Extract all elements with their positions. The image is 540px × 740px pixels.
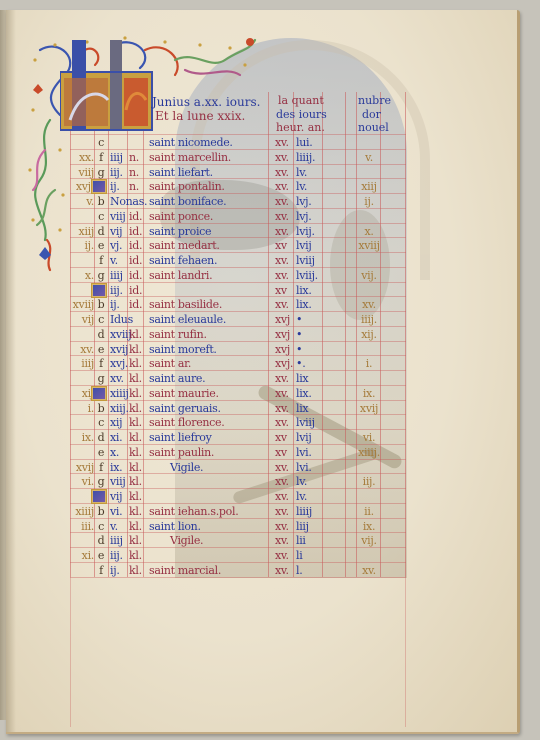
day-hours: xv. <box>275 489 295 504</box>
day-hours: xv. <box>275 533 295 548</box>
day-minutes: lviij <box>296 415 324 430</box>
roman-division: kl. <box>129 327 143 342</box>
roman-division: kl. <box>129 415 143 430</box>
month-heading: Junius a.xx. iours. <box>152 96 260 109</box>
lunar-heading: Et la lune xxix. <box>155 110 245 123</box>
dominical-letter: b <box>95 401 107 416</box>
day-minutes: lviij <box>296 253 324 268</box>
day-hours: xv. <box>275 563 295 578</box>
new-moon-number: i. <box>357 356 381 371</box>
calendar-row: v.bNonas.saint boniface.xv.lvj.ij. <box>0 194 540 209</box>
new-moon-number: iij. <box>357 474 381 489</box>
roman-division: kl. <box>129 430 143 445</box>
day-hours: xvj <box>275 342 295 357</box>
roman-division: kl. <box>129 563 143 578</box>
golden-number: xiiij <box>72 504 94 519</box>
saint-feast: saint marcial. <box>149 563 269 578</box>
saint-feast: saint paulin. <box>149 445 269 460</box>
dominical-letter: c <box>95 519 107 534</box>
calendar-row: vijkl.xv.lv. <box>0 489 540 504</box>
day-minutes: lvi. <box>296 460 324 475</box>
roman-division: kl. <box>129 474 143 489</box>
new-moon-number: xv. <box>357 563 381 578</box>
golden-number: xi. <box>72 548 94 563</box>
dominical-letter: d <box>95 327 107 342</box>
dominical-letter: g <box>95 268 107 283</box>
col-heading-day-length-2: des iours <box>276 108 327 121</box>
saint-feast: saint boniface. <box>149 194 269 209</box>
new-moon-number: iiij. <box>357 312 381 327</box>
saint-feast: Vigile. <box>170 533 290 548</box>
golden-number: x. <box>72 268 94 283</box>
calendar-row: xviijbij.id.saint basilide.xv.lix.xv. <box>0 297 540 312</box>
dominical-initial-icon <box>91 386 107 401</box>
col-heading-day-length-3: heur. an. <box>276 121 325 134</box>
calendar-row: iii.cv.kl.saint lion.xv.liijix. <box>0 519 540 534</box>
roman-division: n. <box>129 179 143 194</box>
illuminated-initial-letter <box>60 40 154 132</box>
calendar-row: cviijid.saint ponce.xv.lvj. <box>0 209 540 224</box>
golden-number: v. <box>72 194 94 209</box>
calendar-row: xvijfix.kl.Vigile.xv.lvi. <box>0 460 540 475</box>
col-heading-golden-number-1: nubre <box>358 94 391 107</box>
day-hours: xv. <box>275 386 295 401</box>
saint-feast: saint ar. <box>149 356 269 371</box>
dominical-letter: c <box>95 312 107 327</box>
day-minutes: lv. <box>296 165 324 180</box>
day-minutes: lvij <box>296 238 324 253</box>
saint-feast: saint lion. <box>149 519 269 534</box>
day-minutes: lviij. <box>296 268 324 283</box>
day-minutes: l. <box>296 563 324 578</box>
dominical-letter: g <box>95 371 107 386</box>
saint-feast: saint pontalin. <box>149 179 269 194</box>
roman-division: kl. <box>129 445 143 460</box>
day-hours: xv <box>275 445 295 460</box>
dominical-letter: d <box>95 430 107 445</box>
day-minutes: lv. <box>296 489 324 504</box>
saint-feast: Vigile. <box>170 460 290 475</box>
day-hours: xv. <box>275 209 295 224</box>
day-minutes: • <box>296 327 324 342</box>
golden-number: xx. <box>72 150 94 165</box>
roman-division: id. <box>129 224 143 239</box>
day-minutes: lvij. <box>296 224 324 239</box>
calendar-row: ij.evj.id.saint medart.xvlvijxviij <box>0 238 540 253</box>
day-minutes: lui. <box>296 135 324 150</box>
day-hours: xv. <box>275 519 295 534</box>
calendar-row: xv.exvijkl.saint moreft.xvj• <box>0 342 540 357</box>
day-hours: xv. <box>275 135 295 150</box>
saint-feast: saint nicomede. <box>149 135 269 150</box>
calendar-row: diiijkl.Vigile.xv.liivij. <box>0 533 540 548</box>
saint-feast: saint florence. <box>149 415 269 430</box>
roman-division: kl. <box>129 504 143 519</box>
golden-number: vi. <box>72 474 94 489</box>
saint-feast: saint maurie. <box>149 386 269 401</box>
calendar-row: viijgiij.n.saint liefart.xv.lv. <box>0 165 540 180</box>
new-moon-number: vi. <box>357 430 381 445</box>
roman-division: kl. <box>129 371 143 386</box>
day-hours: xvj <box>275 327 295 342</box>
day-minutes: lix. <box>296 386 324 401</box>
new-moon-number: ix. <box>357 519 381 534</box>
new-moon-number: xiiij. <box>357 445 381 460</box>
calendar-row: xiiijbvi.kl.saint iehan.s.pol.xv.liiijii… <box>0 504 540 519</box>
roman-day-count: Nonas. <box>110 194 140 209</box>
dominical-letter: e <box>95 548 107 563</box>
day-hours: xv. <box>275 548 295 563</box>
roman-division: kl. <box>129 548 143 563</box>
saint-feast: saint rufin. <box>149 327 269 342</box>
dominical-letter: f <box>95 150 107 165</box>
day-minutes: •. <box>296 356 324 371</box>
day-hours: xvj <box>275 312 295 327</box>
saint-feast: saint moreft. <box>149 342 269 357</box>
new-moon-number: ii. <box>357 504 381 519</box>
calendar-row: xijxiiijkl.saint maurie.xv.lix.ix. <box>0 386 540 401</box>
saint-feast: saint fehaen. <box>149 253 269 268</box>
new-moon-number: vij. <box>357 268 381 283</box>
calendar-row: fij.kl.saint marcial.xv.l.xv. <box>0 563 540 578</box>
dominical-letter: f <box>95 356 107 371</box>
ruling-line-margin <box>70 577 71 727</box>
calendar-row: vi.gviijkl.xv.lv.iij. <box>0 474 540 489</box>
golden-number: vij <box>72 312 94 327</box>
saint-feast: saint eleuaule. <box>149 312 269 327</box>
calendar-row: xiijdvijid.saint proicexv.lvij.x. <box>0 224 540 239</box>
golden-number: xvij <box>72 460 94 475</box>
roman-division: id. <box>129 297 143 312</box>
dominical-letter: f <box>95 253 107 268</box>
new-moon-number: xij. <box>357 327 381 342</box>
golden-number: xiij <box>72 224 94 239</box>
new-moon-number: ix. <box>357 386 381 401</box>
day-hours: xv. <box>275 371 295 386</box>
new-moon-number: x. <box>357 224 381 239</box>
day-minutes: liij <box>296 519 324 534</box>
dominical-letter: d <box>95 533 107 548</box>
day-hours: xv <box>275 430 295 445</box>
roman-division: id. <box>129 268 143 283</box>
day-hours: xv. <box>275 474 295 489</box>
col-heading-golden-number-2: dor <box>362 108 381 121</box>
day-minutes: lii <box>296 533 324 548</box>
col-heading-day-length-1: la quant <box>278 94 324 107</box>
day-minutes: li <box>296 548 324 563</box>
dominical-letter: c <box>95 415 107 430</box>
golden-number: xv. <box>72 342 94 357</box>
roman-division: id. <box>129 253 143 268</box>
roman-division: n. <box>129 150 143 165</box>
day-minutes: lix <box>296 371 324 386</box>
dominical-letter: g <box>95 474 107 489</box>
dominical-letter: e <box>95 342 107 357</box>
dominical-letter: b <box>95 504 107 519</box>
golden-number: iii. <box>72 519 94 534</box>
day-hours: xv. <box>275 460 295 475</box>
roman-division: kl. <box>129 489 143 504</box>
day-hours: xv <box>275 283 295 298</box>
new-moon-number: xiij <box>357 179 381 194</box>
day-minutes: lvj. <box>296 209 324 224</box>
day-minutes: liiij <box>296 504 324 519</box>
new-moon-number: xvij <box>357 401 381 416</box>
roman-division: kl. <box>129 356 143 371</box>
roman-division: kl. <box>129 342 143 357</box>
roman-division: id. <box>129 209 143 224</box>
day-minutes: lvi. <box>296 445 324 460</box>
roman-day-count: Idus <box>110 312 140 327</box>
calendar-row: dxviijkl.saint rufin.xvj•xij. <box>0 327 540 342</box>
day-hours: xv. <box>275 504 295 519</box>
day-hours: xv. <box>275 253 295 268</box>
saint-feast: saint liefart. <box>149 165 269 180</box>
saint-feast: saint geruais. <box>149 401 269 416</box>
new-moon-number: xviij <box>357 238 381 253</box>
day-hours: xvj. <box>275 356 295 371</box>
day-minutes: lvij <box>296 430 324 445</box>
day-minutes: liiij. <box>296 150 324 165</box>
day-minutes: lv. <box>296 179 324 194</box>
golden-number: viij <box>72 165 94 180</box>
dominical-letter: c <box>95 135 107 150</box>
calendar-row: xi.eiij.kl.xv.li <box>0 548 540 563</box>
calendar-row: i.bxiij.kl.saint geruais.xv.lixxvij <box>0 401 540 416</box>
calendar-row: ex.kl.saint paulin.xvlvi.xiiij. <box>0 445 540 460</box>
golden-number: ix. <box>72 430 94 445</box>
day-minutes: lix. <box>296 297 324 312</box>
saint-feast: saint landri. <box>149 268 269 283</box>
new-moon-number: vij. <box>357 533 381 548</box>
calendar-row: iij.id.xvlix. <box>0 283 540 298</box>
day-hours: xv. <box>275 150 295 165</box>
day-hours: xv <box>275 238 295 253</box>
new-moon-number: v. <box>357 150 381 165</box>
calendar-row: gxv.kl.saint aure.xv.lix <box>0 371 540 386</box>
day-hours: xv. <box>275 194 295 209</box>
dominical-letter: e <box>95 238 107 253</box>
ruling-line-margin <box>405 577 406 727</box>
roman-division: n. <box>129 165 143 180</box>
new-moon-number: xv. <box>357 297 381 312</box>
roman-division: kl. <box>129 460 143 475</box>
calendar-row: xvj.ij.n.saint pontalin.xv.lv.xiij <box>0 179 540 194</box>
day-hours: xv. <box>275 179 295 194</box>
day-minutes: • <box>296 312 324 327</box>
day-hours: xv. <box>275 268 295 283</box>
golden-number: xviij <box>72 297 94 312</box>
dominical-letter: b <box>95 297 107 312</box>
saint-feast: saint marcellin. <box>149 150 269 165</box>
dominical-initial-icon <box>91 489 107 504</box>
golden-number: ij. <box>72 238 94 253</box>
golden-number: iiij <box>72 356 94 371</box>
roman-division: kl. <box>129 401 143 416</box>
dominical-letter: g <box>95 165 107 180</box>
calendar-row: cxijkl.saint florence.xv.lviij <box>0 415 540 430</box>
day-minutes: lix <box>296 401 324 416</box>
saint-feast: saint proice <box>149 224 269 239</box>
roman-division: id. <box>129 238 143 253</box>
day-hours: xv. <box>275 415 295 430</box>
day-minutes: • <box>296 342 324 357</box>
new-moon-number: ij. <box>357 194 381 209</box>
dominical-letter: d <box>95 224 107 239</box>
calendar-row: xx.fiiijn.saint marcellin.xv.liiij.v. <box>0 150 540 165</box>
day-hours: xv. <box>275 224 295 239</box>
dominical-initial-icon <box>91 179 107 194</box>
roman-division: kl. <box>129 386 143 401</box>
dominical-letter: f <box>95 563 107 578</box>
saint-feast: saint basilide. <box>149 297 269 312</box>
calendar-row: fv.id.saint fehaen.xv.lviij <box>0 253 540 268</box>
golden-number: i. <box>72 401 94 416</box>
roman-division: kl. <box>129 533 143 548</box>
saint-feast: saint ponce. <box>149 209 269 224</box>
calendar-row: x.giiijid.saint landri.xv.lviij.vij. <box>0 268 540 283</box>
saint-feast: saint liefroy <box>149 430 269 445</box>
calendar-row: vijcIdussaint eleuaule.xvj•iiij. <box>0 312 540 327</box>
day-minutes: lvj. <box>296 194 324 209</box>
calendar-row: csaint nicomede.xv.lui. <box>0 135 540 150</box>
dominical-letter: c <box>95 209 107 224</box>
col-heading-golden-number-3: nouel <box>358 121 389 134</box>
dominical-letter: e <box>95 445 107 460</box>
roman-division: kl. <box>129 519 143 534</box>
roman-division: id. <box>129 283 143 298</box>
dominical-letter: b <box>95 194 107 209</box>
saint-feast: saint iehan.s.pol. <box>149 504 269 519</box>
day-minutes: lv. <box>296 474 324 489</box>
day-minutes: lix. <box>296 283 324 298</box>
day-hours: xv. <box>275 297 295 312</box>
dominical-initial-icon <box>91 283 107 298</box>
dominical-letter: f <box>95 460 107 475</box>
saint-feast: saint aure. <box>149 371 269 386</box>
calendar-row: iiijfxvj.kl.saint ar.xvj.•.i. <box>0 356 540 371</box>
day-hours: xv. <box>275 401 295 416</box>
saint-feast: saint medart. <box>149 238 269 253</box>
day-hours: xv. <box>275 165 295 180</box>
calendar-row: ix.dxi.kl.saint liefroyxvlvijvi. <box>0 430 540 445</box>
